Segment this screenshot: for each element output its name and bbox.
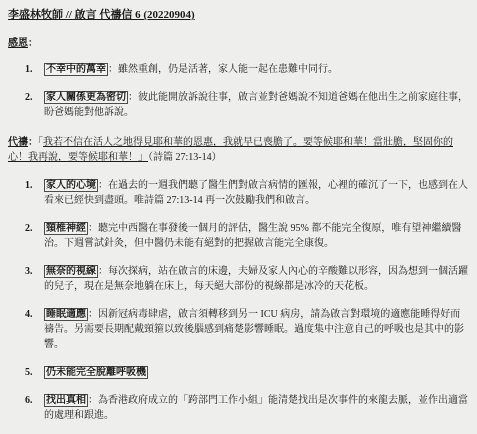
item-number: 5. [25, 365, 44, 380]
item-tag: 家人的心境 [44, 179, 98, 192]
item-text: 聽完中西醫在事發後一個月的評估，醫生說 95% 都不能完全復原，唯有望神繼續醫治… [44, 223, 461, 249]
item-text: 因新冠病毒肆虐，啟言須轉移到另一 ICU 病房，請為啟言對環境的適應能睡得好而禱… [44, 309, 464, 350]
item-content: 家人關係更為密切：彼此能開放訴說往事，啟言並對爸媽說不知道爸媽在他出生之前家庭往… [44, 90, 468, 120]
prayer-heading: 代禱：「我若不信在活人之地得見耶和華的恩惠，我就早已喪膽了。要等候耶和華！當壯膽… [8, 135, 468, 165]
thanksgiving-heading: 感恩： [8, 36, 468, 51]
item-number: 2. [25, 221, 44, 251]
item-tag: 不幸中的萬幸 [44, 63, 108, 76]
prayer-item-4: 4. 睡眠適應：因新冠病毒肆虐，啟言須轉移到另一 ICU 病房，請為啟言對環境的… [8, 307, 468, 352]
item-number: 3. [25, 264, 44, 294]
item-content: 頸椎神經：聽完中西醫在事發後一個月的評估，醫生說 95% 都不能完全復原，唯有望… [44, 221, 468, 251]
item-tag: 無奈的視線 [44, 265, 98, 278]
document-page: 李盛林牧師 // 啟言 代禱信 6 (20220904) 感恩： 1. 不幸中的… [0, 0, 477, 427]
prayer-item-3: 3. 無奈的視線：每次探病，站在啟言的床邊，夫婦及家人內心的辛酸難以形容，因為想… [8, 264, 468, 294]
item-content: 睡眠適應：因新冠病毒肆虐，啟言須轉移到另一 ICU 病房，請為啟言對環境的適應能… [44, 307, 468, 352]
thanksgiving-heading-colon: ： [28, 38, 38, 49]
item-separator: ： [88, 223, 98, 234]
item-separator: ： [128, 92, 138, 103]
item-separator: ： [98, 266, 108, 277]
prayer-heading-label: 代禱 [8, 137, 28, 148]
item-number: 6. [25, 393, 44, 423]
item-text: 雖然重創，仍是活著，家人能一起在患難中同行。 [118, 64, 338, 75]
item-tag: 睡眠適應 [44, 308, 88, 321]
prayer-item-2: 2. 頸椎神經：聽完中西醫在事發後一個月的評估，醫生說 95% 都不能完全復原，… [8, 221, 468, 251]
item-separator: ： [98, 180, 108, 191]
quote-close-bracket: 」 [138, 152, 148, 163]
item-number: 2. [25, 90, 44, 120]
thanksgiving-item-2: 2. 家人關係更為密切：彼此能開放訴說往事，啟言並對爸媽說不知道爸媽在他出生之前… [8, 90, 468, 120]
prayer-heading-colon: ： [28, 137, 38, 148]
prayer-item-1: 1. 家人的心境：在過去的一週我們聽了醫生們對啟言病情的匯報，心裡的確沉了一下，… [8, 178, 468, 208]
item-number: 1. [25, 62, 44, 77]
prayer-item-5: 5. 仍未能完全脫離呼吸機 [8, 365, 468, 380]
item-separator: ： [88, 309, 98, 320]
item-number: 4. [25, 307, 44, 352]
item-content: 不幸中的萬幸：雖然重創，仍是活著，家人能一起在患難中同行。 [44, 62, 468, 77]
document-title: 李盛林牧師 // 啟言 代禱信 6 (20220904) [8, 8, 468, 23]
item-tag: 仍未能完全脫離呼吸機 [44, 366, 148, 379]
item-text: 為香港政府成立的「跨部門工作小組」能清楚找出是次事件的來龍去脈，並作出適當的處理… [44, 395, 468, 421]
item-content: 無奈的視線：每次探病，站在啟言的床邊，夫婦及家人內心的辛酸難以形容，因為想到一個… [44, 264, 468, 294]
item-separator: ： [108, 64, 118, 75]
item-content: 仍未能完全脫離呼吸機 [44, 365, 468, 380]
item-number: 1. [25, 178, 44, 208]
item-text: 每次探病，站在啟言的床邊，夫婦及家人內心的辛酸難以形容，因為想到一個活躍的兒子，… [44, 266, 468, 292]
scripture-quote: 我若不信在活人之地得見耶和華的恩惠，我就早已喪膽了。要等候耶和華！當壯膽，堅固你… [8, 137, 453, 163]
item-separator: ： [88, 395, 98, 406]
thanksgiving-item-1: 1. 不幸中的萬幸：雖然重創，仍是活著，家人能一起在患難中同行。 [8, 62, 468, 77]
item-tag: 家人關係更為密切 [44, 91, 128, 104]
prayer-item-6: 6. 找出真相：為香港政府成立的「跨部門工作小組」能清楚找出是次事件的來龍去脈，… [8, 393, 468, 423]
item-content: 家人的心境：在過去的一週我們聽了醫生們對啟言病情的匯報，心裡的確沉了一下，也感到… [44, 178, 468, 208]
item-tag: 找出真相 [44, 394, 88, 407]
item-text: 在過去的一週我們聽了醫生們對啟言病情的匯報，心裡的確沉了一下，也感到在人看來已經… [44, 180, 468, 206]
item-tag: 頸椎神經 [44, 222, 88, 235]
item-content: 找出真相：為香港政府成立的「跨部門工作小組」能清楚找出是次事件的來龍去脈，並作出… [44, 393, 468, 423]
thanksgiving-heading-label: 感恩 [8, 38, 28, 49]
scripture-reference: （詩篇 27:13-14） [148, 152, 222, 163]
